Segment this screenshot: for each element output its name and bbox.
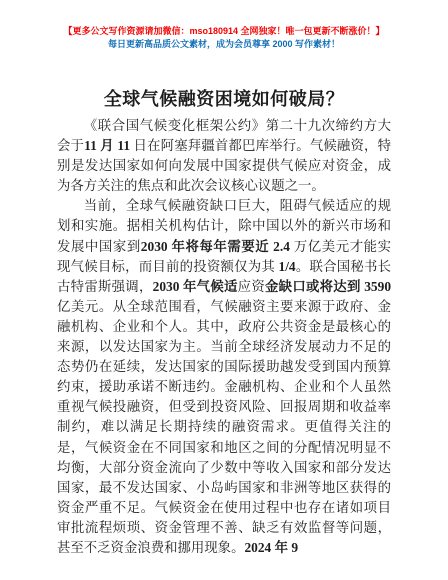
document-body: 《联合国气候变化框架公约》第二十九次缔约方大会于11 月 11 日在阿塞拜疆首都…: [57, 116, 391, 558]
paragraph-1: 《联合国气候变化框架公约》第二十九次缔约方大会于11 月 11 日在阿塞拜疆首都…: [57, 116, 391, 196]
header-watermark: 【更多公文写作资源请加微信：mso180914 全网独家！唯一包更新不断涨价！】…: [0, 25, 448, 51]
watermark-line-red: 【更多公文写作资源请加微信：mso180914 全网独家！唯一包更新不断涨价！】: [0, 25, 448, 38]
paragraph-2: 当前，全球气候融资缺口巨大，阻碍气候适应的规划和实施。据相关机构估计，除中国以外…: [57, 196, 391, 558]
page-number: 1: [0, 541, 448, 551]
page-title: 全球气候融资困境如何破局？: [0, 85, 448, 111]
watermark-line-blue: 每日更新高品质公文素材，成为会员尊享 2000 写作素材！: [0, 38, 448, 51]
document-page: 【更多公文写作资源请加微信：mso180914 全网独家！唯一包更新不断涨价！】…: [0, 0, 448, 580]
